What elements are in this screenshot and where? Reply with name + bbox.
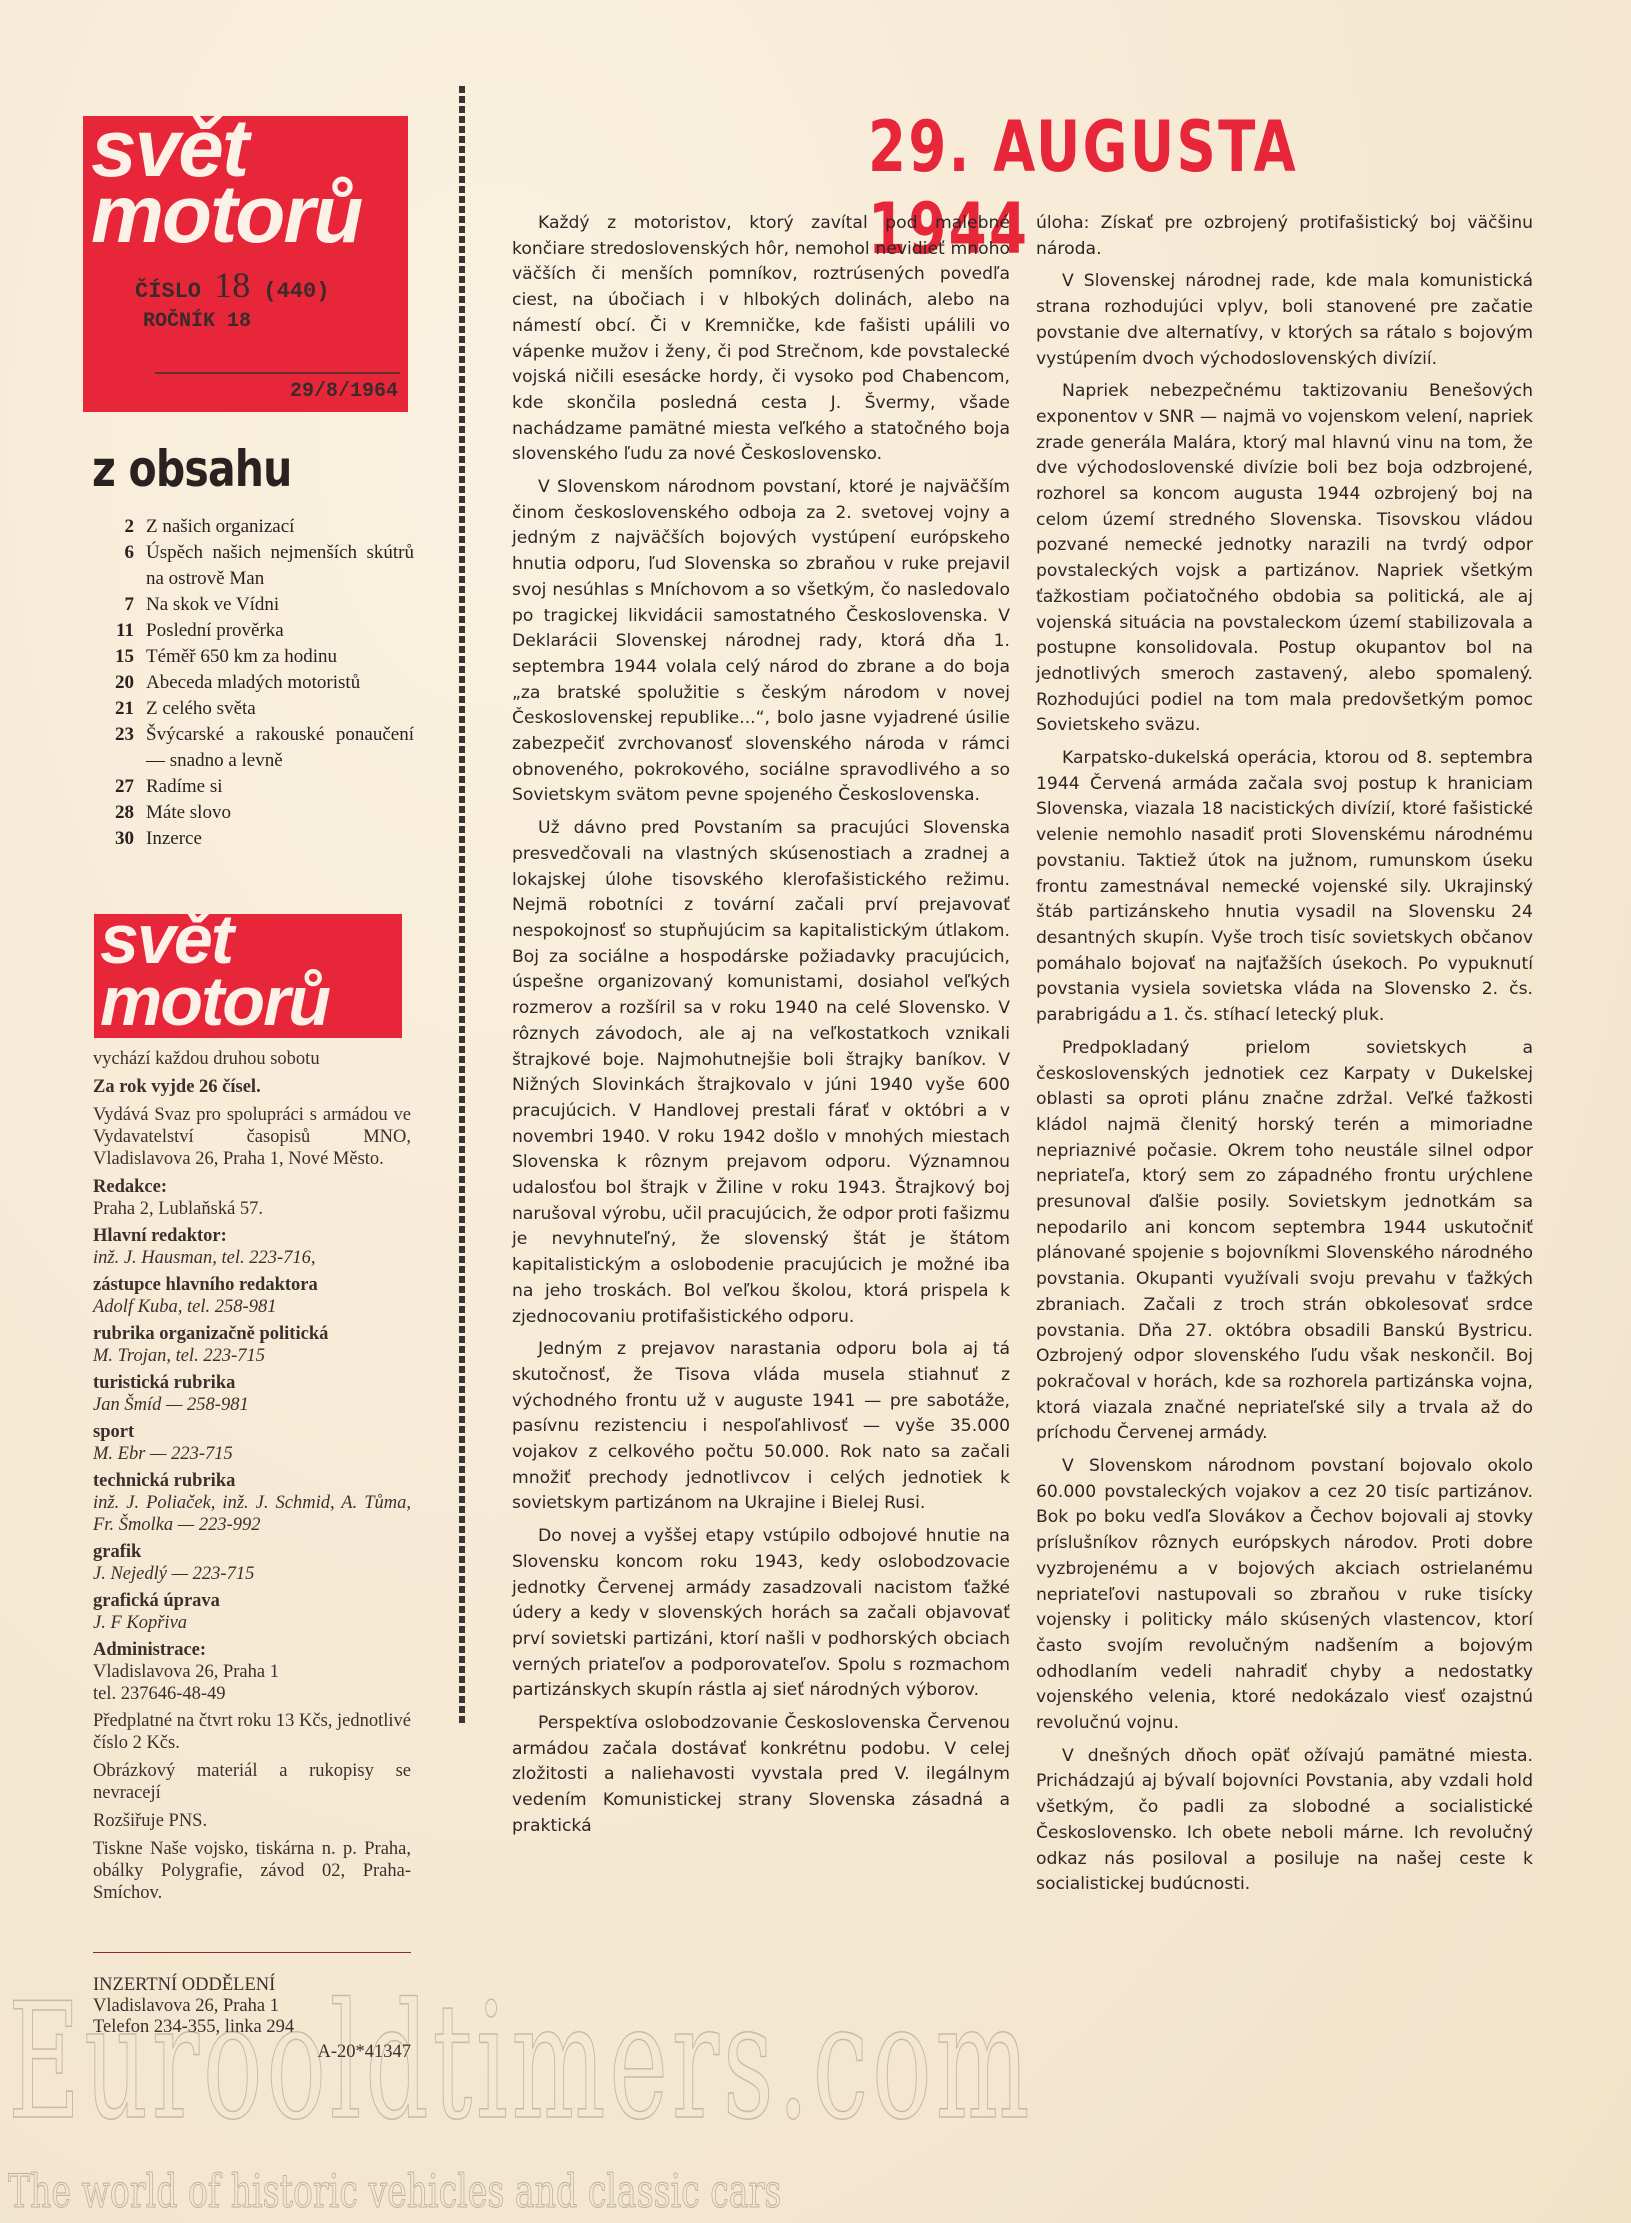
staff-name: J. Nejedlý — 223-715: [93, 1563, 411, 1585]
issues-per-year: Za rok vyjde 26 čísel.: [93, 1076, 411, 1098]
staff-name: inž. J. Hausman, tel. 223-716,: [93, 1247, 411, 1269]
contents-page-number: 20: [84, 670, 146, 696]
article-paragraph: V dnešných dňoch opäť ožívajú pamätné mi…: [1036, 1744, 1533, 1898]
contents-item: 23Švýcarské a rakouské ponaučení — snadn…: [84, 722, 414, 774]
article-paragraph: Každý z motoristov, ktorý zavítal pod ma…: [512, 211, 1010, 468]
staff-name: Jan Šmíd — 258-981: [93, 1394, 411, 1416]
staff-name: inž. J. Poliaček, inž. J. Schmid, A. Tům…: [93, 1492, 411, 1536]
publication-frequency: vychází každou druhou sobotu: [93, 1048, 411, 1070]
contents-page-number: 11: [84, 618, 146, 644]
contents-item-label: Úspěch našich nejmenších skútrů na ostro…: [146, 540, 414, 592]
contents-page-number: 27: [84, 774, 146, 800]
logo-small-line-2: motorů: [100, 970, 329, 1032]
article-paragraph: Jedným z prejavov narastania odporu bola…: [512, 1337, 1010, 1517]
issue-label: ČÍSLO: [135, 279, 201, 304]
contents-item: 30Inzerce: [84, 826, 414, 852]
staff-role: grafik: [93, 1541, 411, 1563]
volume-label: ROČNÍK 18: [143, 310, 251, 333]
article-paragraph: V Slovenskom národnom povstaní, ktoré je…: [512, 475, 1010, 809]
imprint: vychází každou druhou sobotu Za rok vyjd…: [93, 1048, 411, 1910]
contents-item: 6Úspěch našich nejmenších skútrů na ostr…: [84, 540, 414, 592]
contents-page-number: 7: [84, 592, 146, 618]
subscription-info: Předplatné na čtvrt roku 13 Kčs, jednotl…: [93, 1710, 411, 1754]
contents-item: 21Z celého světa: [84, 696, 414, 722]
staff-role: turistická rubrika: [93, 1372, 411, 1394]
contents-item-label: Poslední prověrka: [146, 618, 414, 644]
logo-line-2: motorů: [91, 182, 401, 248]
contents-page-number: 30: [84, 826, 146, 852]
column-divider: [459, 86, 465, 1726]
contents-item-label: Z celého světa: [146, 696, 414, 722]
contents-item-label: Máte slovo: [146, 800, 414, 826]
contents-item-label: Z našich organizací: [146, 514, 414, 540]
article-paragraph: Napriek nebezpečnému taktizovaniu Benešo…: [1036, 379, 1533, 739]
masthead-block: svět motorů ČÍSLO 18 (440) ROČNÍK 18 29/…: [83, 116, 408, 412]
contents-page-number: 23: [84, 722, 146, 774]
article-paragraph: Už dávno pred Povstaním sa pracujúci Slo…: [512, 816, 1010, 1330]
staff-name: J. F Kopřiva: [93, 1612, 411, 1634]
distribution-info: Rozšiřuje PNS.: [93, 1810, 411, 1832]
contents-page-number: 2: [84, 514, 146, 540]
contents-page-number: 28: [84, 800, 146, 826]
contents-item: 2Z našich organizací: [84, 514, 414, 540]
contents-item-label: Abeceda mladých motoristů: [146, 670, 414, 696]
contents-title: z obsahu: [92, 440, 292, 498]
contents-page-number: 15: [84, 644, 146, 670]
masthead-rule: [155, 372, 400, 374]
administration-heading: Administrace:: [93, 1639, 411, 1661]
article-paragraph: Perspektíva oslobodzovanie Československ…: [512, 1711, 1010, 1840]
printer-info: Tiskne Naše vojsko, tiskárna n. p. Praha…: [93, 1838, 411, 1904]
issue-date: 29/8/1964: [290, 380, 398, 403]
article-paragraph: Predpokladaný prielom sovietskych a česk…: [1036, 1036, 1533, 1447]
staff-role: grafická úprava: [93, 1590, 411, 1612]
watermark-site: Eurooldtimers.com: [8, 1982, 1033, 2142]
article-paragraph: Do novej a vyššej etapy vstúpilo odbojov…: [512, 1524, 1010, 1704]
contents-item: 28Máte slovo: [84, 800, 414, 826]
contents-item: 11Poslední prověrka: [84, 618, 414, 644]
contents-item-label: Inzerce: [146, 826, 414, 852]
staff-list: Hlavní redaktor:inž. J. Hausman, tel. 22…: [93, 1225, 411, 1634]
imprint-divider: [93, 1952, 411, 1953]
staff-role: zástupce hlavního redaktora: [93, 1274, 411, 1296]
article-column-1: Každý z motoristov, ktorý zavítal pod ma…: [512, 211, 1010, 1847]
magazine-logo: svět motorů: [91, 116, 401, 248]
article-paragraph: V Slovenskom národnom povstaní bojovalo …: [1036, 1454, 1533, 1737]
staff-role: technická rubrika: [93, 1470, 411, 1492]
staff-name: Adolf Kuba, tel. 258-981: [93, 1296, 411, 1318]
contents-page-number: 6: [84, 540, 146, 592]
staff-name: M. Trojan, tel. 223-715: [93, 1345, 411, 1367]
editorial-address: Praha 2, Lublaňská 57.: [93, 1198, 411, 1220]
administration-phone: tel. 237646-48-49: [93, 1683, 411, 1705]
contents-item-label: Na skok ve Vídni: [146, 592, 414, 618]
contents-list: 2Z našich organizací6Úspěch našich nejme…: [84, 514, 414, 852]
staff-role: Hlavní redaktor:: [93, 1225, 411, 1247]
article-paragraph: úloha: Získať pre ozbrojený protifašisti…: [1036, 211, 1533, 262]
editorial-heading: Redakce:: [93, 1176, 411, 1198]
staff-role: sport: [93, 1421, 411, 1443]
magazine-logo-small: svět motorů: [94, 914, 402, 1038]
administration-address: Vladislavova 26, Praha 1: [93, 1661, 411, 1683]
issue-total: (440): [263, 279, 329, 304]
watermark-tagline: The world of historic vehicles and class…: [8, 2164, 781, 2218]
issue-number: 18: [214, 265, 250, 305]
article-paragraph: V Slovenskej národnej rade, kde mala kom…: [1036, 269, 1533, 372]
staff-role: rubrika organizačně politická: [93, 1323, 411, 1345]
publisher-info: Vydává Svaz pro spolupráci s armádou ve …: [93, 1104, 411, 1170]
contents-item: 27Radíme si: [84, 774, 414, 800]
contents-item: 20Abeceda mladých motoristů: [84, 670, 414, 696]
contents-item: 7Na skok ve Vídni: [84, 592, 414, 618]
contents-item-label: Švýcarské a rakouské ponaučení — snadno …: [146, 722, 414, 774]
contents-item-label: Radíme si: [146, 774, 414, 800]
contents-page-number: 21: [84, 696, 146, 722]
issue-info: ČÍSLO 18 (440): [135, 264, 329, 306]
contents-item-label: Téměř 650 km za hodinu: [146, 644, 414, 670]
contents-item: 15Téměř 650 km za hodinu: [84, 644, 414, 670]
article-column-2: úloha: Získať pre ozbrojený protifašisti…: [1036, 211, 1533, 1905]
staff-name: M. Ebr — 223-715: [93, 1443, 411, 1465]
article-paragraph: Karpatsko-dukelská operácia, ktorou od 8…: [1036, 746, 1533, 1029]
manuscripts-note: Obrázkový materiál a rukopisy se nevrace…: [93, 1760, 411, 1804]
